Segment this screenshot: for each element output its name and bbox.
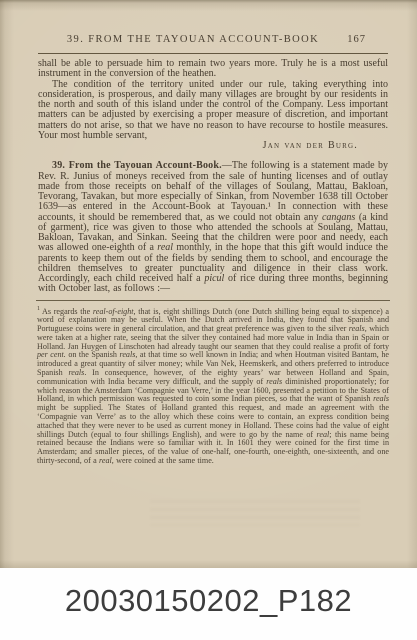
- footnote-marker: 1: [37, 306, 40, 312]
- chapter-header-title: 39. FROM THE TAYOUAN ACCOUNT-BOOK: [38, 34, 348, 45]
- scan-label-area: 20030150202_P182: [0, 568, 417, 640]
- book-page: 39. FROM THE TAYOUAN ACCOUNT-BOOK 167 sh…: [0, 0, 417, 568]
- text-block: shall be able to persuade him to remain …: [38, 59, 388, 295]
- footnote-rule: [36, 300, 390, 301]
- scanned-page-photo: 39. FROM THE TAYOUAN ACCOUNT-BOOK 167 sh…: [0, 0, 417, 640]
- footnote-text: As regards the real-of-eight, that is, e…: [37, 307, 389, 466]
- section-39-paragraph: 39. From the Tayouan Account-Book.—The f…: [38, 161, 388, 294]
- running-head: 39. FROM THE TAYOUAN ACCOUNT-BOOK 167: [38, 34, 388, 54]
- paragraph-territory-report: The condition of the territory united un…: [38, 80, 388, 142]
- letter-signature: Jan van der Burg.: [38, 141, 388, 151]
- scan-id-label: 20030150202_P182: [65, 583, 352, 619]
- footnote: 1As regards the real-of-eight, that is, …: [37, 308, 389, 466]
- paragraph-continuation: shall be able to persuade him to remain …: [38, 59, 388, 80]
- reverse-side-show-through: [150, 500, 360, 526]
- section-body-text: —The following is a statement made by Re…: [38, 160, 388, 294]
- page-number: 167: [347, 34, 366, 45]
